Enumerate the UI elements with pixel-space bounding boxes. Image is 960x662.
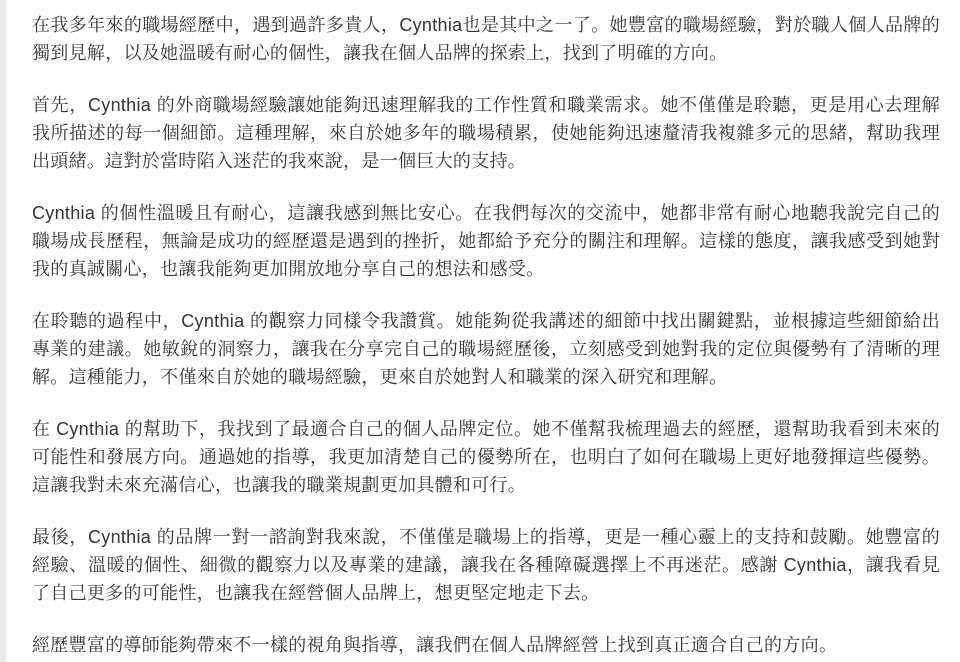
page: 在我多年來的職場經歷中，遇到過許多貴人，Cynthia也是其中之一了。她豐富的職… bbox=[0, 0, 960, 662]
paragraph-personality: Cynthia 的個性溫暖且有耐心，這讓我感到無比安心。在我們每次的交流中，她都… bbox=[32, 199, 940, 283]
paragraph-conclusion: 最後，Cynthia 的品牌一對一諮詢對我來說，不僅僅是職場上的指導，更是一種心… bbox=[32, 523, 940, 607]
testimonial-text: 在我多年來的職場經歷中，遇到過許多貴人，Cynthia也是其中之一了。她豐富的職… bbox=[0, 0, 960, 662]
closing-line: 經歷豐富的導師能夠帶來不一樣的視角與指導，讓我們在個人品牌經營上找到真正適合自己… bbox=[32, 631, 940, 662]
paragraph-observation: 在聆聽的過程中，Cynthia 的觀察力同樣令我讚賞。她能夠從我講述的細節中找出… bbox=[32, 307, 940, 391]
paragraph-brand-positioning: 在 Cynthia 的幫助下，我找到了最適合自己的個人品牌定位。她不僅幫我梳理過… bbox=[32, 415, 940, 499]
paragraph-first-point: 首先，Cynthia 的外商職場經驗讓她能夠迅速理解我的工作性質和職業需求。她不… bbox=[32, 91, 940, 175]
paragraph-intro: 在我多年來的職場經歷中，遇到過許多貴人，Cynthia也是其中之一了。她豐富的職… bbox=[32, 11, 940, 67]
